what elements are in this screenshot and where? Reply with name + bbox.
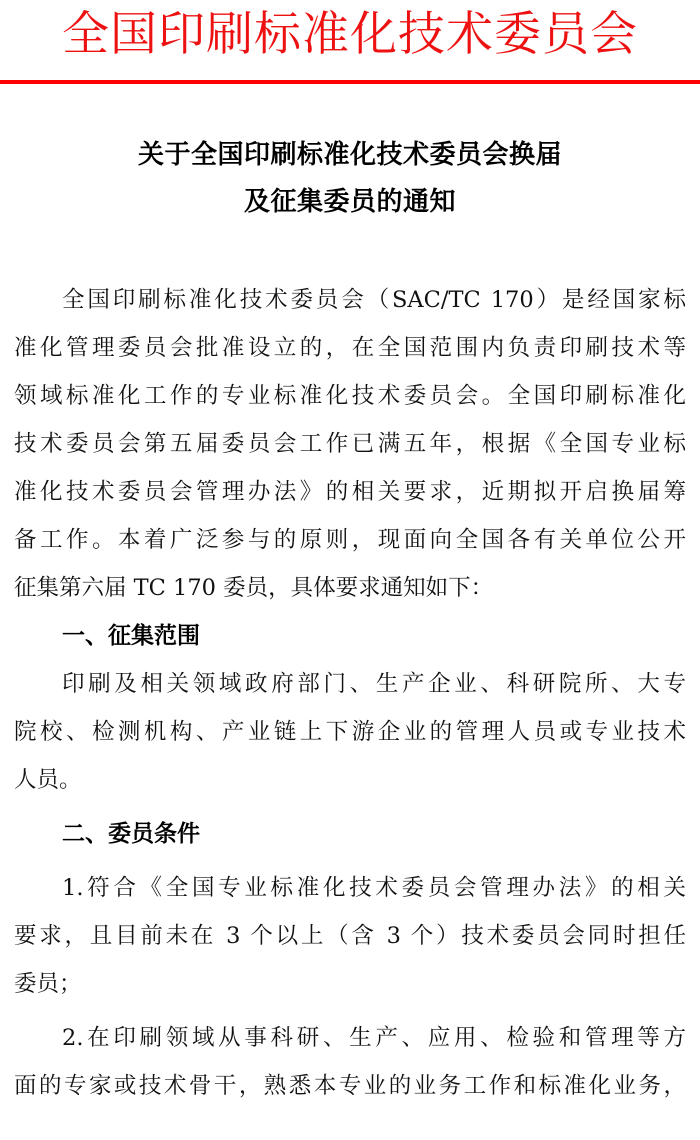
section-scope-line: 印刷及相关领域政府部门、生产企业、科研院所、大专 [62, 660, 686, 708]
document-title-line-1: 关于全国印刷标准化技术委员会换届 [0, 135, 700, 175]
section-scope-line: 人员。 [14, 756, 686, 804]
document-title-line-2: 及征集委员的通知 [0, 182, 700, 222]
body-paragraph-line: 准化管理委员会批准设立的，在全国范围内负责印刷技术等 [14, 324, 686, 372]
condition-item-1-line: 委员； [14, 960, 686, 1008]
section-heading-conditions: 二、委员条件 [62, 810, 200, 858]
body-paragraph-line: 全国印刷标准化技术委员会（SAC/TC 170）是经国家标 [62, 276, 686, 324]
letterhead-red-rule [0, 80, 700, 84]
body-paragraph-line: 领域标准化工作的专业标准化技术委员会。全国印刷标准化 [14, 372, 686, 420]
body-paragraph-line: 备工作。本着广泛参与的原则，现面向全国各有关单位公开 [14, 516, 686, 564]
condition-item-2-line: 2.在印刷领域从事科研、生产、应用、检验和管理等方 [62, 1014, 686, 1062]
notice-document: 全国印刷标准化技术委员会 关于全国印刷标准化技术委员会换届 及征集委员的通知 全… [0, 0, 700, 1140]
condition-item-2-line: 面的专家或技术骨干，熟悉本专业的业务工作和标准化业务， [14, 1062, 686, 1110]
condition-item-1-line: 1.符合《全国专业标准化技术委员会管理办法》的相关 [62, 864, 686, 912]
body-paragraph-line: 征集第六届 TC 170 委员，具体要求通知如下： [14, 564, 686, 612]
condition-item-1-line: 要求，且目前未在 3 个以上（含 3 个）技术委员会同时担任 [14, 912, 686, 960]
letterhead-org-name: 全国印刷标准化技术委员会 [0, 4, 700, 66]
body-paragraph-line: 准化技术委员会管理办法》的相关要求，近期拟开启换届筹 [14, 468, 686, 516]
section-heading-scope: 一、征集范围 [62, 612, 200, 660]
body-paragraph-line: 技术委员会第五届委员会工作已满五年，根据《全国专业标 [14, 420, 686, 468]
section-scope-line: 院校、检测机构、产业链上下游企业的管理人员或专业技术 [14, 708, 686, 756]
